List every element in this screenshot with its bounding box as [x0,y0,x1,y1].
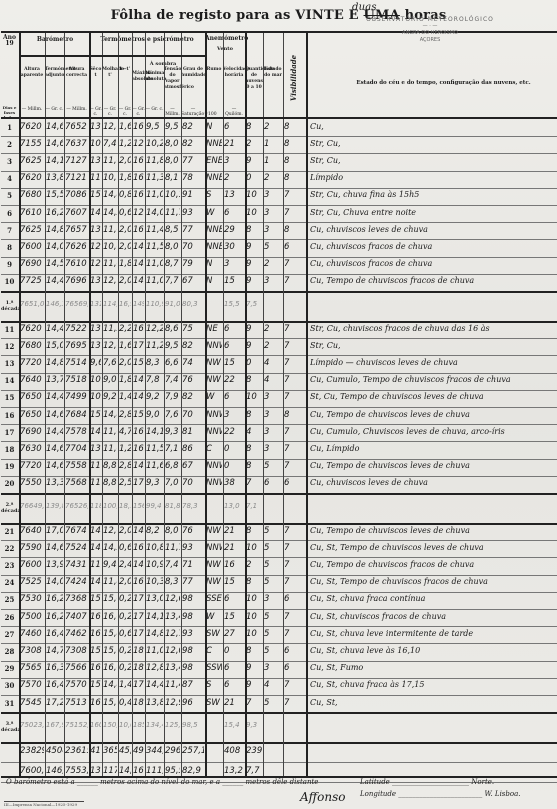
table-cell: 3 [264,190,282,200]
table-cell: W [206,392,222,402]
day-number: 16 [1,411,18,420]
table-row: 14764013,7751810,89,01,814,37,87,476NW22… [1,373,557,390]
table-cell: 7,4 [165,375,180,385]
day-number: 4 [1,174,18,183]
table-cell: 0 [224,461,244,471]
table-cell: 8,3 [146,358,163,368]
table-cell: 9,0 [146,410,163,420]
table-cell: 167,9 [46,721,63,729]
table-cell: 2 [264,259,282,269]
table-cell: 10,2 [146,139,163,149]
remark-text: Str, Cu, chuva fina às 15h5 [310,190,554,199]
table-cell: 7500 [20,612,44,622]
table-cell: 7 [284,444,305,454]
table-cell: 7460 [20,629,44,639]
table-cell: 8,0 [165,156,180,166]
day-number: 9 [1,260,18,269]
table-cell: NNE [206,173,222,183]
column-divider [245,33,247,776]
table-cell: 13,6 [90,122,101,132]
table-cell: 7610 [20,208,44,218]
table-cell: NNW [206,341,222,351]
column-divider [164,33,165,776]
table-cell: 125,4 [165,721,180,729]
table-cell: 7600 [20,560,44,570]
table-cell: 111,8 [146,766,163,776]
table-cell: 7680 [20,190,44,200]
table-cell: 8 [246,122,262,132]
table-cell: 7620 [20,173,44,183]
table-cell: 11,4 [146,225,163,235]
day-number: 22 [1,544,18,553]
table-cell: 9,2 [103,392,117,402]
table-cell: 16,2 [46,208,63,218]
column-divider [19,33,21,776]
column-divider [132,33,133,776]
table-cell: 7 [284,375,305,385]
table-cell: 11,3 [146,173,163,183]
table-cell: 3653 [103,746,117,756]
table-cell: 10,8 [90,375,101,385]
table-cell: 7 [284,577,305,587]
table-cell: 2,0 [119,242,131,252]
table-row: 23760013,9743111,89,42,414,910,97,471NW1… [1,557,557,574]
table-cell: 93 [182,543,204,553]
table-cell: NW [206,375,222,385]
table-row: 17769014,4757814,811,04,716,514,19,381NN… [1,424,557,441]
table-cell: 7155 [20,139,44,149]
table-cell: 8 [284,173,305,183]
table-cell: 13 [224,190,244,200]
table-cell: NW [206,577,222,587]
column-divider [64,33,65,776]
table-cell: 17,2 [46,698,63,708]
table-cell: 15,0 [103,594,117,604]
remark-text: Str, Cu, Chuva entre noite [310,208,554,217]
column-unit: — Saturação=100 [181,107,205,117]
table-cell: 9,3 [246,721,262,729]
table-cell: 7 [284,392,305,402]
remark-text: Cu, St, chuva leve às 16,10 [310,646,554,655]
table-cell: 96 [182,698,204,708]
table-cell: 10,6 [90,392,101,402]
remark-text: Cu, chuviscos leves de chuva [310,225,554,234]
table-cell: 0,2 [119,612,131,622]
table-cell: 27 [224,629,244,639]
table-cell: 7565 [20,663,44,673]
table-cell: 7,0 [165,478,180,488]
table-cell: 9,2 [146,392,163,402]
table-cell: NNW [206,461,222,471]
table-cell: 3 [264,427,282,437]
day-number: 11 [1,325,18,334]
day-number: 29 [1,664,18,673]
table-cell: 10 [246,612,262,622]
day-number: 20 [1,479,18,488]
table-cell: 9 [246,156,262,166]
table-row: 5768015,5708615,814,80,816,311,010,191S1… [1,188,557,205]
table-cell: 13,0 [90,225,101,235]
table-cell: 3 [264,594,282,604]
table-cell: 87 [182,680,204,690]
title-strong: VINTE E [295,8,358,23]
remark-text: Cu, St, Tempo de chuviscos leves de chuv… [310,543,554,552]
table-cell: 9 [246,663,262,673]
table-cell: 11,3 [90,478,101,488]
table-cell: 11,0 [146,190,163,200]
decade-total-row: 3.ª década75023,0167,975152,0160,4150,41… [1,712,557,742]
day-number: 14 [1,376,18,385]
table-cell: 8 [284,122,305,132]
day-number: 3 [1,157,18,166]
table-row: 26750016,2740716,216,00,217,214,113,498W… [1,609,557,626]
table-cell: 161,0 [133,766,144,776]
day-number: 7 [1,226,18,235]
table-cell: 7525 [20,577,44,587]
table-cell: 7 [284,358,305,368]
table-cell: 2,4 [119,560,131,570]
table-cell: 9 [246,242,262,252]
table-cell: 82 [182,341,204,351]
table-cell: 14,0 [133,392,144,402]
remark-text: Cu, St, Fumo [310,663,554,672]
table-cell: 17,4 [133,478,144,488]
record-sheet: Fôlha de registo para as VINTE E UMA hor… [0,0,557,809]
table-cell: 8,8 [103,461,117,471]
vento-header: Vento [205,46,245,52]
table-cell: 1,2 [119,139,131,149]
table-cell: 13,7 [46,375,63,385]
remark-text: Str, Cu, [310,139,554,148]
table-cell: 1 [264,156,282,166]
table-cell: 16,4 [46,629,63,639]
table-cell: 7308 [65,646,88,656]
table-cell: 8,3 [165,577,180,587]
table-row: 20755013,3756811,38,82,517,49,37,070NNW3… [1,476,557,493]
table-cell: 10 [246,208,262,218]
table-cell: 77 [182,225,204,235]
table-cell: 6 [224,663,244,673]
table-cell: 70 [182,410,204,420]
table-cell: 150,4 [103,721,117,729]
table-cell: 6 [284,646,305,656]
table-cell: 12,6 [165,594,180,604]
table-cell: 13,0 [224,502,244,510]
table-cell: 2 [264,173,282,183]
table-cell: 16,0 [90,629,101,639]
table-cell: 7578 [65,427,88,437]
table-cell: 30 [224,242,244,252]
table-cell: 67 [182,461,204,471]
table-cell: 239 [246,746,262,756]
table-cell: 7610 [65,259,88,269]
table-cell: 14,8 [46,225,63,235]
table-cell: 98 [182,646,204,656]
remark-text: Cu, St, chuva fraca contínua [310,594,554,603]
table-cell: 11,0 [103,444,117,454]
table-cell: 1,8 [119,375,131,385]
table-cell: 8,0 [165,139,180,149]
ano-label: Ano19 [1,35,18,47]
barometer-note: O barómetro está a ______ metros acima d… [6,778,318,786]
table-cell: 6 [224,594,244,604]
table-cell: 11,4 [103,577,117,587]
table-cell: 7518 [65,375,88,385]
table-cell: 7121 [65,173,88,183]
table-cell: 6 [284,478,305,488]
table-cell: 7696 [65,276,88,286]
table-cell: 12,9 [165,698,180,708]
table-cell: 6,8 [165,461,180,471]
table-cell: 6 [224,122,244,132]
table-cell: 17,2 [133,612,144,622]
table-cell: 11,5 [146,242,163,252]
table-cell: 11,6 [146,461,163,471]
table-cell: 18,5 [133,698,144,708]
table-cell: 7530 [20,594,44,604]
table-cell: 11,0 [146,646,163,656]
table-row: 15765014,4749910,69,21,414,09,27,982W610… [1,390,557,407]
day-number: 13 [1,359,18,368]
table-cell: 11,4 [165,680,180,690]
table-cell: 100,8 [103,502,117,510]
table-cell: 15 [224,577,244,587]
table-cell: 7630 [20,444,44,454]
table-cell: 15,6 [90,410,101,420]
table-cell: 14,3 [133,375,144,385]
table-cell: 15,6 [103,698,117,708]
table-cell: 156,7 [133,502,144,510]
column-unit: — Gr. c. [45,107,64,112]
table-cell: 10,0 [103,242,117,252]
day-number: 28 [1,647,18,656]
table-cell: 6 [284,242,305,252]
table-cell: 6 [224,392,244,402]
remark-text: Cu, [310,122,554,131]
printer-imprint: III—Imprensa Nacional—1925-1929 [4,801,84,807]
table-cell: 6 [284,663,305,673]
table-cell: 7,4 [165,560,180,570]
table-cell: 7 [284,680,305,690]
table-cell: 9,3 [165,427,180,437]
table-cell: 4,7 [119,427,131,437]
table-cell: 82 [182,392,204,402]
table-cell: 5 [264,612,282,622]
table-cell: 10,8 [146,543,163,553]
table-cell: 16,2 [90,612,101,622]
table-cell: 13,0 [90,156,101,166]
table-cell: 1,4 [119,680,131,690]
table-cell: 14,8 [46,358,63,368]
day-number: 19 [1,462,18,471]
table-cell: 14,6 [46,122,63,132]
table-cell: 4 [264,358,282,368]
table-cell: 1,8 [119,259,131,269]
table-cell: 12,6 [103,276,117,286]
table-cell: 82,9 [182,766,204,776]
day-number: 2 [1,140,18,149]
table-cell: 15,4 [224,721,244,729]
table-cell: 11,7 [165,208,180,218]
table-cell: 17,8 [133,341,144,351]
column-header: Altura correcta [64,67,89,79]
table-cell: 76649,0 [20,502,44,510]
remark-text: Str, Cu, [310,156,554,165]
table-row: 16765014,6768415,614,42,815,49,07,670NNW… [1,407,557,424]
table-cell: 7690 [20,259,44,269]
column-divider [102,33,103,776]
table-cell: 9,5 [165,341,180,351]
table-cell: 7 [284,324,305,334]
table-cell: 8,8 [103,478,117,488]
table-cell: 15 [224,612,244,622]
table-row: 9769014,5761012,811,01,814,511,08,779N39… [1,257,557,274]
day-number: 15 [1,393,18,402]
table-cell: W [206,208,222,218]
table-cell: SSE [206,594,222,604]
table-cell: 14,8 [146,629,163,639]
table-cell: 15,4 [103,629,117,639]
table-cell: 1,6 [119,122,131,132]
table-cell: 110,9 [146,300,163,308]
table-cell: 13,9 [46,560,63,570]
table-cell: 21 [224,698,244,708]
table-cell: 7 [284,543,305,553]
table-cell: 4105 [90,746,101,756]
table-cell: 2,0 [119,577,131,587]
day-number: 17 [1,428,18,437]
table-cell: 7 [284,259,305,269]
table-row: 4762013,8712111,310,11,816,811,38,178NNE… [1,171,557,188]
header-divider [1,117,557,119]
table-cell: N [206,276,222,286]
day-number: 25 [1,595,18,604]
table-cell: 7522 [65,324,88,334]
table-cell: 78,3 [182,502,204,510]
table-cell: 7,7 [165,276,180,286]
table-cell: 5 [264,242,282,252]
table-cell: 7650 [20,392,44,402]
day-number: 1 [1,123,18,132]
table-cell: 5 [264,646,282,656]
table-cell: 15,0 [103,646,117,656]
remark-text: Cu, Cumulo, Tempo de chuviscos fracos de… [310,375,554,384]
table-cell: 12,0 [103,122,117,132]
table-row: 30757016,4757015,814,41,417,614,411,487S… [1,678,557,695]
table-cell: 7650 [20,410,44,420]
table-cell: 257,1 [182,746,204,756]
day-number: 12 [1,342,18,351]
barometro-header: Barómetro [21,37,89,43]
column-unit: — Gr. c. [132,107,145,117]
table-cell: 77 [182,156,204,166]
table-cell: 14,1 [46,156,63,166]
table-cell: 16,0 [103,663,117,673]
table-cell: 7545 [20,698,44,708]
table-cell: 14,0 [146,208,163,218]
table-cell: 0,6 [119,629,131,639]
table-cell: 9,0 [103,375,117,385]
remark-text: Cu, St, chuva leve intermitente de tarde [310,629,554,638]
table-cell: 2,5 [119,478,131,488]
table-cell: SW [206,698,222,708]
table-cell: 14,8 [133,526,144,536]
table-cell: 7558 [65,461,88,471]
table-cell: 18,3 [133,663,144,673]
table-cell: 7553,0 [65,766,88,776]
table-cell: 344,7 [146,746,163,756]
table-cell: 8 [246,375,262,385]
table-cell: 5 [264,560,282,570]
column-header: Mínima absoluta [145,71,164,83]
table-cell: 8,1 [165,173,180,183]
table-row: 25753016,2736815,215,00,217,413,012,698S… [1,592,557,609]
table-cell: NNW [206,543,222,553]
table-cell: 13,2 [224,766,244,776]
table-cell: 9 [246,324,262,334]
title-prefix: Fôlha de registo para as [111,8,291,23]
table-cell: 22 [224,427,244,437]
table-row: 7762514,8765713,011,02,016,611,48,577NNE… [1,222,557,239]
table-cell: 14,4 [46,324,63,334]
table-cell: 7,9 [165,392,180,402]
table-cell: 7,7 [246,766,262,776]
table-cell: NNW [206,427,222,437]
column-header: Grau de humidade [181,67,205,79]
table-cell: 6 [224,324,244,334]
table-cell: 11,6 [90,461,101,471]
table-cell: 6 [224,680,244,690]
table-cell: 79 [182,259,204,269]
table-cell: 7637 [65,139,88,149]
table-cell: 16,8 [133,173,144,183]
table-cell: 2,8 [119,410,131,420]
table-cell: 7566 [65,663,88,673]
table-cell: 15,4 [133,410,144,420]
table-cell: 6 [264,478,282,488]
remark-text: Límpido [310,173,554,182]
day-number: 8 [1,243,18,252]
table-cell: 6 [224,208,244,218]
table-cell: 11,0 [103,225,117,235]
table-cell: 13,4 [165,612,180,622]
table-cell: 76569,0 [65,300,88,308]
table-cell: 14,5 [46,259,63,269]
table-cell: 15,2 [90,594,101,604]
table-cell: 10 [246,543,262,553]
decade-label: 3.ª década [1,721,18,733]
table-cell: 7 [284,629,305,639]
table-cell: 5 [264,461,282,471]
day-number: 24 [1,578,18,587]
table-row: 12768015,0769513,612,01,617,811,29,582NN… [1,338,557,355]
table-cell: 7607 [65,208,88,218]
table-cell: 17,0 [46,526,63,536]
remark-text: Str, Cu, chuviscos fracos de chuva das 1… [310,324,554,333]
termometros-header: Termómetros e psicrómetro [89,37,205,43]
table-cell: 7652 [65,122,88,132]
table-cell: 10 [246,392,262,402]
table-cell: 13,4 [90,324,101,334]
table-cell: 7568 [65,478,88,488]
table-cell: 2 [246,139,262,149]
table-cell: 17,4 [133,629,144,639]
table-cell: 7 [284,526,305,536]
table-cell: 45,0 [119,746,131,756]
table-cell: NW [206,358,222,368]
column-unit: — Millm. [19,107,45,112]
table-cell: 14,4 [103,410,117,420]
